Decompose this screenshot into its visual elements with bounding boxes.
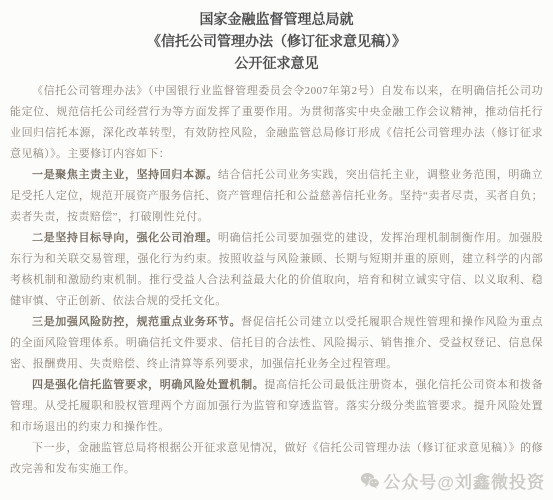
watermark-text: 公众号@刘鑫微投资	[383, 468, 545, 493]
paragraph-point-3: 三是加强风险防控，规范重点业务环节。督促信托公司建立以受托履职合规性管理和操作风…	[10, 312, 543, 375]
page-title: 国家金融监督管理总局就 《信托公司管理办法（修订征求意见稿）》 公开征求意见	[10, 8, 543, 74]
title-line-3: 公开征求意见	[10, 52, 543, 74]
paragraph-point-1: 一是聚焦主责主业，坚持回归本源。结合信托公司业务实践，突出信托主业，调整业务范围…	[10, 165, 543, 228]
paragraph-text: 《信托公司管理办法》（中国银行业监督管理委员会令2007年第2号）自发布以来，在…	[10, 85, 543, 160]
watermark: 公众号@刘鑫微投资	[360, 468, 545, 493]
paragraph-lead: 二是坚持目标导向，强化公司治理。	[32, 232, 218, 244]
paragraph-lead: 三是加强风险防控，规范重点业务环节。	[32, 316, 241, 328]
title-line-2: 《信托公司管理办法（修订征求意见稿）》	[10, 30, 543, 52]
paragraph-point-4: 四是强化信托监管要求，明确风险处置机制。提高信托公司最低注册资本，强化信托公司资…	[10, 375, 543, 438]
paragraph-intro: 《信托公司管理办法》（中国银行业监督管理委员会令2007年第2号）自发布以来，在…	[10, 81, 543, 165]
paragraph-point-2: 二是坚持目标导向，强化公司治理。明确信托公司要加强党的建设，发挥治理机制制衡作用…	[10, 228, 543, 312]
title-line-1: 国家金融监督管理总局就	[10, 8, 543, 30]
paragraph-lead: 一是聚焦主责主业，坚持回归本源。	[32, 169, 218, 181]
wechat-icon	[360, 472, 380, 490]
document-page: 国家金融监督管理总局就 《信托公司管理办法（修订征求意见稿）》 公开征求意见 《…	[0, 0, 553, 500]
document-body: 《信托公司管理办法》（中国银行业监督管理委员会令2007年第2号）自发布以来，在…	[10, 81, 543, 480]
paragraph-lead: 四是强化信托监管要求，明确风险处置机制。	[32, 379, 264, 391]
